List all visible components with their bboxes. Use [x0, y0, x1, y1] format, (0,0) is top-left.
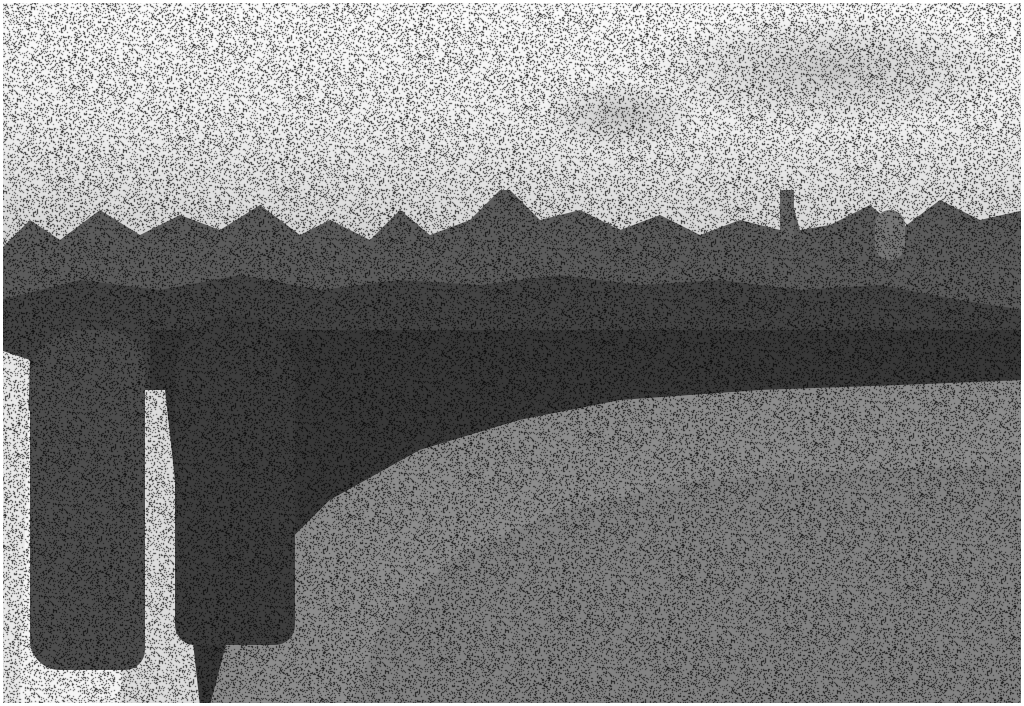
photograph [0, 0, 1024, 706]
dither-texture [0, 0, 1024, 706]
